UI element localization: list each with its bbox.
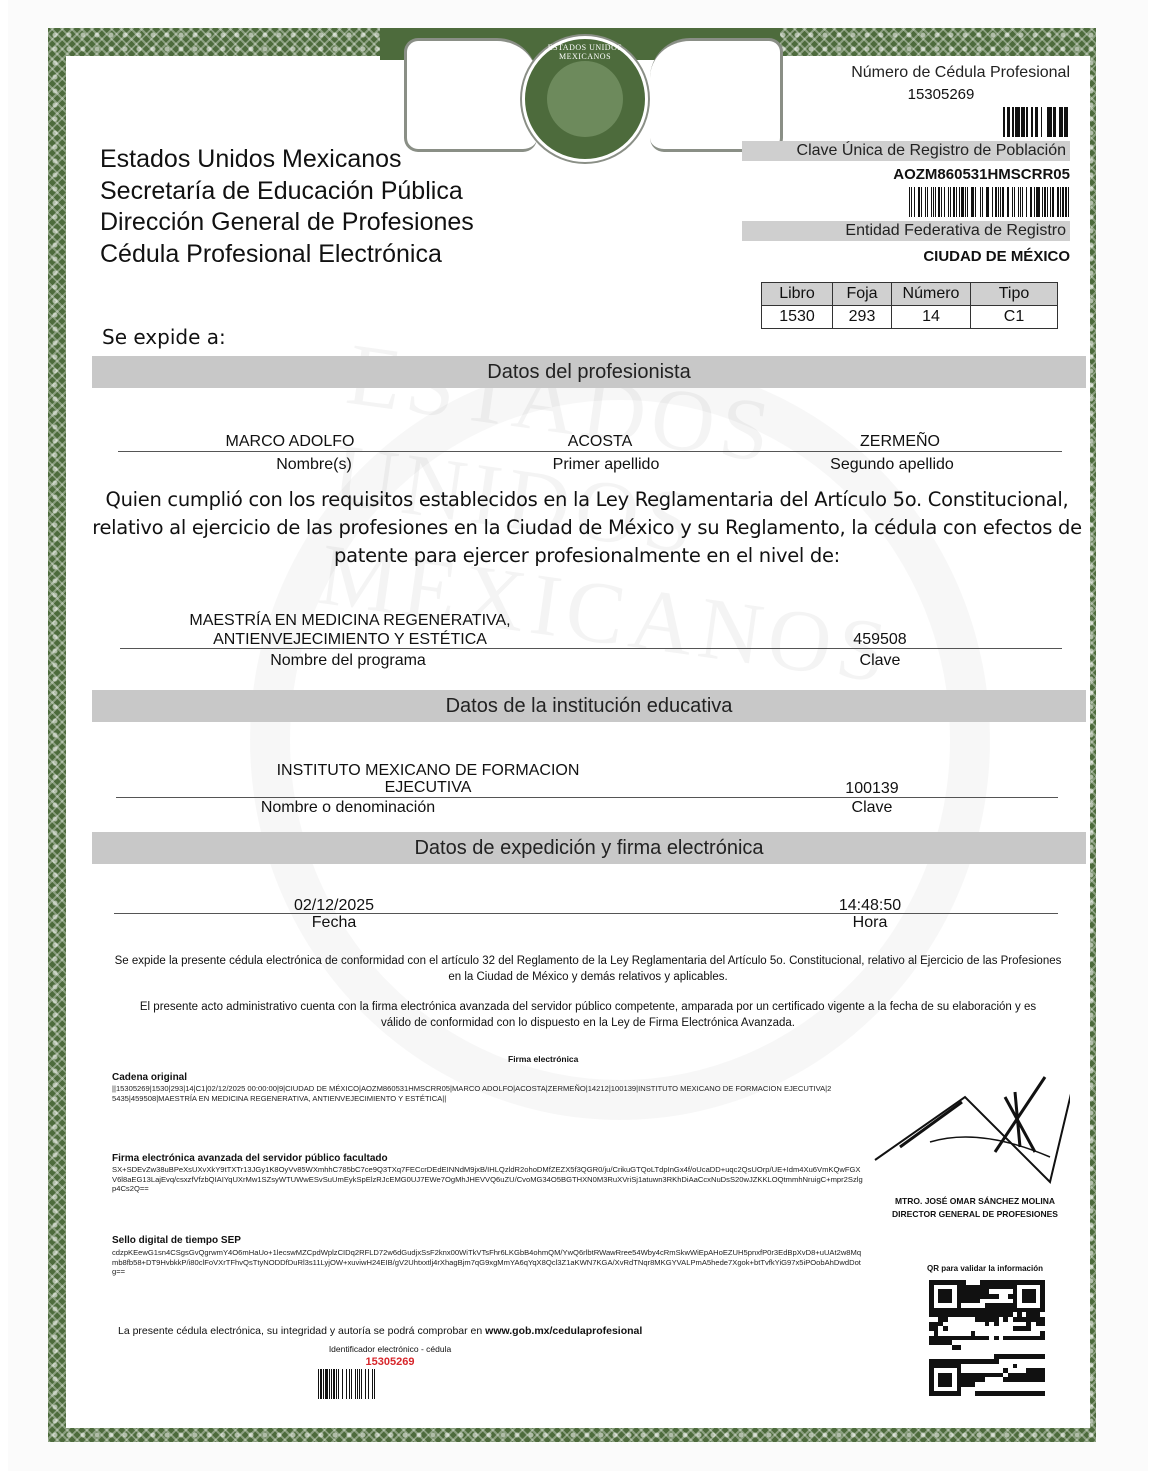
crest-ornament-left bbox=[404, 38, 537, 152]
identifier-barcode bbox=[318, 1369, 468, 1399]
eagle-emblem-icon bbox=[547, 61, 623, 137]
registry-table: Libro Foja Número Tipo 1530 293 14 C1 bbox=[761, 282, 1058, 329]
header-document-type: Cédula Profesional Electrónica bbox=[100, 239, 474, 271]
section-institution: Datos de la institución educativa bbox=[92, 690, 1086, 722]
firma-avanzada-value: SX+SDEvZw38uBPeXsUXvXkY9tTXTr13JGy1K8OyV… bbox=[112, 1165, 864, 1194]
divider bbox=[118, 451, 1062, 452]
program-clave: 459508 bbox=[780, 631, 980, 649]
header-numero: Número bbox=[892, 283, 971, 306]
sello-label: Sello digital de tiempo SEP bbox=[112, 1235, 241, 1246]
institution-clave: 100139 bbox=[772, 780, 972, 798]
institution-name-line1: INSTITUTO MEXICANO DE FORMACION bbox=[228, 762, 628, 780]
verification-text: La presente cédula electrónica, su integ… bbox=[118, 1325, 642, 1337]
header-foja: Foja bbox=[833, 283, 892, 306]
national-seal-icon: ESTADOS UNIDOS MEXICANOS bbox=[522, 36, 648, 162]
given-names-label: Nombre(s) bbox=[214, 456, 414, 474]
header-ministry: Secretaría de Educación Pública bbox=[100, 176, 474, 208]
identifier-label: Identificador electrónico - cédula bbox=[300, 1344, 480, 1354]
second-surname: ZERMEÑO bbox=[800, 433, 1000, 451]
divider bbox=[120, 648, 1062, 649]
issuer-header: Estados Unidos Mexicanos Secretaría de E… bbox=[100, 144, 474, 270]
identifier-number: 15305269 bbox=[300, 1356, 480, 1368]
registry-block: Número de Cédula Profesional 15305269 Cl… bbox=[742, 64, 1070, 265]
handwritten-signature-icon bbox=[870, 1072, 1070, 1192]
value-foja: 293 bbox=[833, 306, 892, 329]
issue-time-label: Hora bbox=[770, 914, 970, 932]
entidad-label: Entidad Federativa de Registro bbox=[742, 221, 1070, 241]
program-clave-label: Clave bbox=[780, 652, 980, 670]
cedula-number: 15305269 bbox=[742, 86, 1070, 103]
issued-to-label: Se expide a: bbox=[102, 325, 226, 349]
section-issuance: Datos de expedición y firma electrónica bbox=[92, 832, 1086, 864]
header-libro: Libro bbox=[762, 283, 833, 306]
value-numero: 14 bbox=[892, 306, 971, 329]
sello-value: cdzpKEewG1sn4CSgsGvQgrwmY4O6mHaUo+1lecsw… bbox=[112, 1248, 864, 1277]
value-tipo: C1 bbox=[971, 306, 1058, 329]
header-tipo: Tipo bbox=[971, 283, 1058, 306]
legal-paragraph-2: El presente acto administrativo cuenta c… bbox=[124, 999, 1052, 1031]
qr-label: QR para validar la información bbox=[915, 1264, 1055, 1273]
cadena-original: ||15305269|1530|293|14|C1|02/12/2025 00:… bbox=[112, 1084, 832, 1103]
program-name-label: Nombre del programa bbox=[248, 652, 448, 670]
cedula-number-label: Número de Cédula Profesional bbox=[742, 64, 1070, 82]
signer-name: MTRO. JOSÉ OMAR SÁNCHEZ MOLINA bbox=[870, 1195, 1080, 1208]
institution-name-label: Nombre o denominación bbox=[198, 799, 498, 817]
firma-label: Firma electrónica bbox=[508, 1054, 578, 1064]
program-name-line1: MAESTRÍA EN MEDICINA REGENERATIVA, bbox=[150, 612, 550, 630]
curp-label: Clave Única de Registro de Población bbox=[742, 141, 1070, 161]
firma-avanzada-label: Firma electrónica avanzada del servidor … bbox=[112, 1153, 388, 1164]
first-surname-label: Primer apellido bbox=[506, 456, 706, 474]
verification-link[interactable]: www.gob.mx/cedulaprofesional bbox=[485, 1325, 642, 1337]
registry-table-header: Libro Foja Número Tipo bbox=[762, 283, 1058, 306]
signer-title: DIRECTOR GENERAL DE PROFESIONES bbox=[870, 1208, 1080, 1221]
first-surname: ACOSTA bbox=[500, 433, 700, 451]
given-names: MARCO ADOLFO bbox=[190, 433, 390, 451]
entidad-value: CIUDAD DE MÉXICO bbox=[742, 248, 1070, 265]
divider bbox=[116, 797, 1058, 798]
issue-date-label: Fecha bbox=[234, 914, 434, 932]
cedula-barcode bbox=[742, 107, 1070, 137]
value-libro: 1530 bbox=[762, 306, 833, 329]
intro-statement: Quien cumplió con los requisitos estable… bbox=[92, 486, 1082, 570]
cadena-label: Cadena original bbox=[112, 1072, 187, 1083]
curp-value: AOZM860531HMSCRR05 bbox=[742, 166, 1070, 183]
seal-text: ESTADOS UNIDOS MEXICANOS bbox=[525, 43, 645, 61]
registry-table-row: 1530 293 14 C1 bbox=[762, 306, 1058, 329]
qr-code-icon[interactable] bbox=[929, 1280, 1045, 1396]
program-name-line2: ANTIENVEJECIMIENTO Y ESTÉTICA bbox=[150, 631, 550, 649]
header-directorate: Dirección General de Profesiones bbox=[100, 207, 474, 239]
verification-sentence: La presente cédula electrónica, su integ… bbox=[118, 1325, 485, 1337]
institution-clave-label: Clave bbox=[772, 799, 972, 817]
second-surname-label: Segundo apellido bbox=[792, 456, 992, 474]
legal-paragraph-1: Se expide la presente cédula electrónica… bbox=[110, 953, 1066, 985]
curp-barcode bbox=[770, 187, 1070, 217]
section-professional: Datos del profesionista bbox=[92, 356, 1086, 388]
header-country: Estados Unidos Mexicanos bbox=[100, 144, 474, 176]
institution-name-line2: EJECUTIVA bbox=[228, 779, 628, 797]
signer-block: MTRO. JOSÉ OMAR SÁNCHEZ MOLINA DIRECTOR … bbox=[870, 1195, 1080, 1221]
